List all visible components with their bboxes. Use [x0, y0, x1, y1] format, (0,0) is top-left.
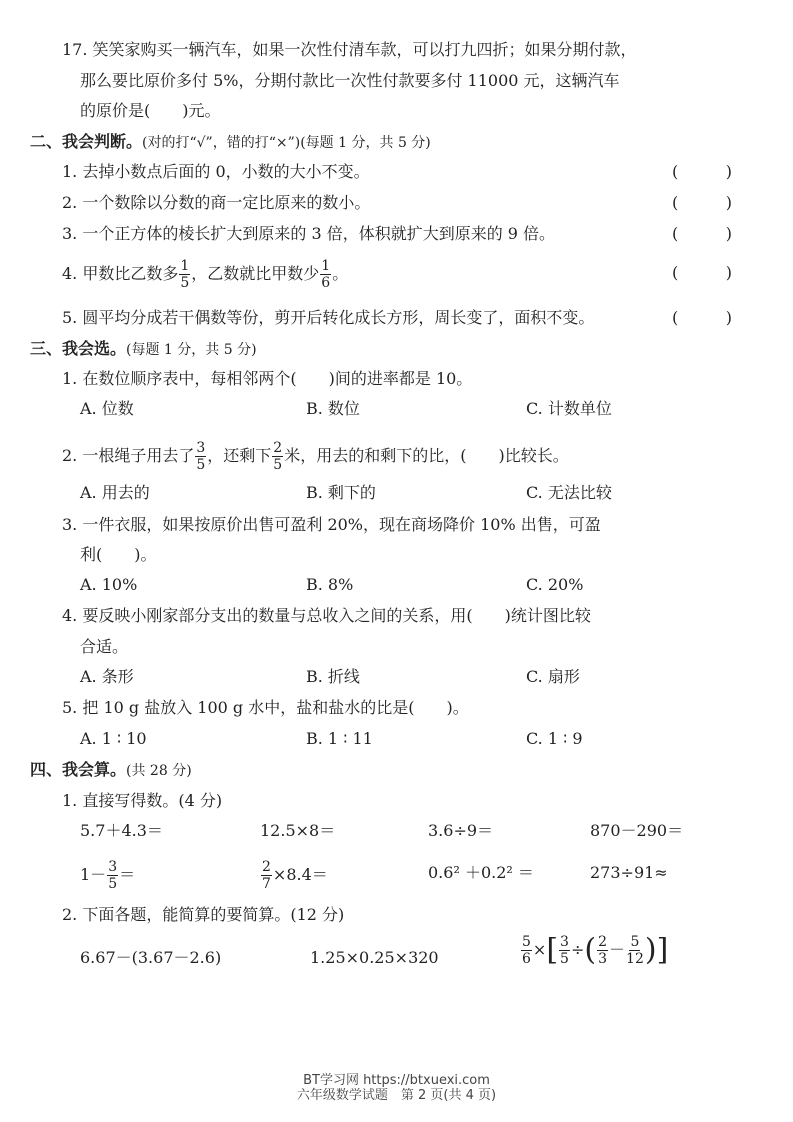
section4-title: 四、我会算。 — [30, 760, 126, 779]
numerator: 1 — [320, 259, 331, 275]
choice-q5: 5. 把 10 g 盐放入 100 g 水中，盐和盐水的比是( )。 — [62, 697, 469, 719]
q17-line1: 17. 笑笑家购买一辆汽车，如果一次性付清车款，可以打九四折；如果分期付款， — [62, 39, 637, 61]
judge-item-4: 4. 甲数比乙数多15，乙数就比甲数少16。 — [62, 259, 348, 290]
q17-text-b: )元。 — [182, 101, 220, 120]
simplify-expr-1: 6.67－(3.67－2.6) — [80, 947, 221, 969]
text: 米，用去的和剩下的比，( — [284, 446, 466, 465]
judge-item-2: 2. 一个数除以分数的商一定比原来的数小。 — [62, 192, 370, 214]
fraction: 15 — [179, 259, 190, 290]
paren-open: ( — [672, 262, 678, 284]
numerator: 5 — [521, 935, 532, 951]
text: )比较长。 — [498, 446, 568, 465]
paren-close: ) — [726, 161, 732, 183]
left-bracket: [ — [546, 933, 558, 968]
judge-answer-3[interactable]: () — [672, 223, 732, 245]
paren-open: ( — [672, 223, 678, 245]
judge-item-1: 1. 去掉小数点后面的 0，小数的大小不变。 — [62, 161, 370, 183]
q1-option-b[interactable]: B. 数位 — [306, 398, 360, 420]
judge-answer-4[interactable]: () — [672, 262, 732, 284]
calc-item: 12.5×8＝ — [260, 820, 335, 842]
fraction: 16 — [320, 259, 331, 290]
calc-part2-title: 2. 下面各题，能简算的要简算。(12 分) — [62, 904, 344, 926]
fraction: 35 — [107, 860, 118, 891]
judge-answer-2[interactable]: () — [672, 192, 732, 214]
section3-heading: 三、我会选。(每题 1 分，共 5 分) — [30, 338, 257, 361]
fraction: 512 — [626, 935, 644, 966]
denominator: 5 — [273, 457, 282, 472]
section4-note: (共 28 分) — [126, 763, 192, 779]
paren-close: ) — [726, 262, 732, 284]
simplify-expr-3: 56×[35÷(23－512)] — [520, 935, 668, 966]
paren-open: ( — [672, 192, 678, 214]
q5-option-c[interactable]: C. 1 ∶ 9 — [526, 728, 583, 750]
section2-heading: 二、我会判断。(对的打“√”，错的打“×”)(每题 1 分，共 5 分) — [30, 131, 431, 154]
right-bracket: ] — [657, 933, 669, 968]
numerator: 2 — [261, 860, 272, 876]
q1-option-a[interactable]: A. 位数 — [80, 398, 134, 420]
text: 2. 一根绳子用去了 — [62, 446, 194, 465]
q2-option-c[interactable]: C. 无法比较 — [526, 482, 612, 504]
choice-q3-line1: 3. 一件衣服，如果按原价出售可盈利 20%，现在商场降价 10% 出售，可盈 — [62, 514, 601, 536]
page-number: 六年级数学试题 第 2 页(共 4 页) — [0, 1088, 793, 1103]
paren-close: ) — [726, 223, 732, 245]
calc-item: 3.6÷9＝ — [428, 820, 493, 842]
numerator: 3 — [195, 441, 206, 457]
simplify-expr-2: 1.25×0.25×320 — [310, 947, 439, 969]
text: )间的进率都是 10。 — [329, 369, 473, 388]
q4-option-a[interactable]: A. 条形 — [80, 666, 134, 688]
q4-option-c[interactable]: C. 扇形 — [526, 666, 580, 688]
text: 1－ — [80, 865, 106, 884]
calc-item: 1－35＝ — [80, 860, 135, 891]
choice-q3-line2: 利( )。 — [80, 544, 157, 566]
fraction: 27 — [261, 860, 272, 891]
q3-option-c[interactable]: C. 20% — [526, 574, 583, 596]
choice-q4-line1: 4. 要反映小刚家部分支出的数量与总收入之间的关系，用( )统计图比较 — [62, 605, 591, 627]
section2-note: (对的打“√”，错的打“×”)(每题 1 分，共 5 分) — [142, 135, 431, 151]
denominator: 5 — [560, 951, 569, 966]
choice-q1: 1. 在数位顺序表中，每相邻两个()间的进率都是 10。 — [62, 368, 472, 390]
numerator: 2 — [597, 935, 608, 951]
numerator: 1 — [179, 259, 190, 275]
q4-option-b[interactable]: B. 折线 — [306, 666, 360, 688]
denominator: 6 — [321, 275, 330, 290]
choice-q4-line2: 合适。 — [80, 636, 128, 658]
q5-option-a[interactable]: A. 1 ∶ 10 — [80, 728, 147, 750]
operator: － — [609, 940, 625, 959]
text: ×8.4＝ — [273, 865, 328, 884]
calc-item: 5.7＋4.3＝ — [80, 820, 163, 842]
denominator: 6 — [522, 951, 531, 966]
text: 1. 在数位顺序表中，每相邻两个( — [62, 369, 297, 388]
denominator: 5 — [196, 457, 205, 472]
q3-option-a[interactable]: A. 10% — [80, 574, 137, 596]
judge-answer-1[interactable]: () — [672, 161, 732, 183]
calc-item: 0.6² ＋0.2² ＝ — [428, 862, 534, 884]
watermark: BT学习网 https://btxuexi.com — [0, 1073, 793, 1088]
section3-title: 三、我会选。 — [30, 339, 126, 358]
numerator: 3 — [559, 935, 570, 951]
paren-open: ( — [672, 161, 678, 183]
q5-option-b[interactable]: B. 1 ∶ 11 — [306, 728, 373, 750]
denominator: 7 — [262, 876, 271, 891]
section4-heading: 四、我会算。(共 28 分) — [30, 759, 192, 782]
operator: ÷ — [571, 940, 584, 959]
q3-option-b[interactable]: B. 8% — [306, 574, 353, 596]
paren-close: ) — [726, 192, 732, 214]
numerator: 2 — [272, 441, 283, 457]
q17-line2: 那么要比原价多付 5%，分期付款比一次性付款要多付 11000 元，这辆汽车 — [80, 70, 620, 92]
q17-line3: 的原价是()元。 — [80, 100, 221, 122]
fraction: 23 — [597, 935, 608, 966]
text: ，还剩下 — [207, 446, 271, 465]
text: ，乙数就比甲数少 — [191, 264, 319, 283]
judge-item-3: 3. 一个正方体的棱长扩大到原来的 3 倍，体积就扩大到原来的 9 倍。 — [62, 223, 555, 245]
section2-title: 二、我会判断。 — [30, 132, 142, 151]
denominator: 12 — [626, 951, 644, 966]
section3-note: (每题 1 分，共 5 分) — [126, 342, 257, 358]
numerator: 5 — [629, 935, 640, 951]
choice-q2: 2. 一根绳子用去了35，还剩下25米，用去的和剩下的比，()比较长。 — [62, 441, 569, 472]
paren-close: ) — [726, 307, 732, 329]
fraction: 25 — [272, 441, 283, 472]
denominator: 3 — [598, 951, 607, 966]
judge-answer-5[interactable]: () — [672, 307, 732, 329]
fraction: 35 — [195, 441, 206, 472]
denominator: 5 — [108, 876, 117, 891]
q1-option-c[interactable]: C. 计数单位 — [526, 398, 612, 420]
q2-option-b[interactable]: B. 剩下的 — [306, 482, 376, 504]
calc-item: 273÷91≈ — [590, 862, 668, 884]
fraction: 56 — [521, 935, 532, 966]
numerator: 3 — [107, 860, 118, 876]
paren-open: ( — [672, 307, 678, 329]
right-paren: ) — [645, 933, 657, 968]
denominator: 5 — [180, 275, 189, 290]
operator: × — [533, 940, 546, 959]
text: 。 — [332, 264, 348, 283]
left-paren: ( — [584, 933, 596, 968]
fraction: 35 — [559, 935, 570, 966]
text: 4. 甲数比乙数多 — [62, 264, 178, 283]
calc-item: 870－290＝ — [590, 820, 683, 842]
text: ＝ — [119, 865, 135, 884]
q17-text-a: 的原价是( — [80, 101, 150, 120]
q2-option-a[interactable]: A. 用去的 — [80, 482, 150, 504]
calc-part1-title: 1. 直接写得数。(4 分) — [62, 790, 222, 812]
judge-item-5: 5. 圆平均分成若干偶数等份，剪开后转化成长方形，周长变了，面积不变。 — [62, 307, 594, 329]
calc-item: 27×8.4＝ — [260, 860, 328, 891]
